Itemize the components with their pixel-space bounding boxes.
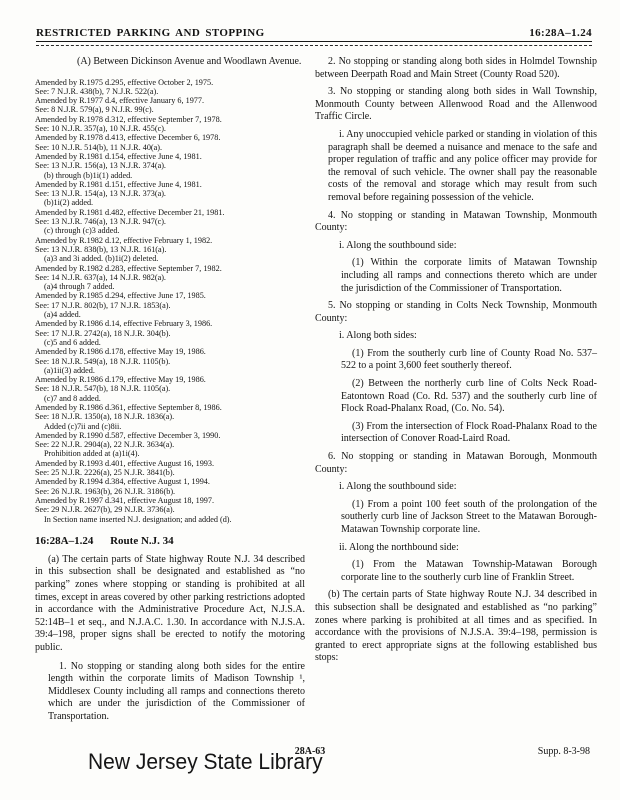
history-line: (a)1ii(3) added.	[35, 366, 305, 375]
history-line: See: 25 N.J.R. 2226(a), 25 N.J.R. 3841(b…	[35, 468, 305, 477]
history-line: In Section name inserted N.J. designatio…	[35, 515, 305, 524]
history-line: See: 8 N.J.R. 579(a), 9 N.J.R. 99(c).	[35, 105, 305, 114]
history-line: (b)1i(2) added.	[35, 198, 305, 207]
history-line: Amended by R.1993 d.401, effective Augus…	[35, 459, 305, 468]
regulation-paragraph: (b) The certain parts of State highway R…	[315, 589, 597, 665]
history-line: Amended by R.1990 d.587, effective Decem…	[35, 431, 305, 440]
regulation-paragraph: ii. Along the northbound side:	[328, 542, 597, 555]
history-line: (c)7 and 8 added.	[35, 394, 305, 403]
history-line: Amended by R.1975 d.295, effective Octob…	[35, 78, 305, 87]
history-line: Amended by R.1981 d.151, effective June …	[35, 180, 305, 189]
history-line: Amended by R.1977 d.4, effective January…	[35, 96, 305, 105]
history-line: (b) through (b)1i(1) added.	[35, 171, 305, 180]
left-column: (A) Between Dickinson Avenue and Woodlaw…	[35, 56, 305, 724]
history-line: (c)5 and 6 added.	[35, 338, 305, 347]
section-number: 16:28A–1.24	[35, 535, 93, 547]
regulation-paragraph: (2) Between the northerly curb line of C…	[341, 378, 597, 416]
history-line: Prohibition added at (a)1i(4).	[35, 449, 305, 458]
regulation-paragraph: i. Along the southbound side:	[328, 481, 597, 494]
history-line: Amended by R.1982 d.283, effective Septe…	[35, 264, 305, 273]
right-column: 2. No stopping or standing along both si…	[315, 56, 597, 724]
history-line: See: 10 N.J.R. 357(a), 10 N.J.R. 455(c).	[35, 124, 305, 133]
running-header: RESTRICTED PARKING AND STOPPING 16:28A–1…	[36, 27, 592, 42]
regulation-paragraph: (1) Within the corporate limits of Mataw…	[341, 257, 597, 295]
history-line: Amended by R.1986 d.14, effective Februa…	[35, 319, 305, 328]
history-line: (c) through (c)3 added.	[35, 226, 305, 235]
paragraph-1: 1. No stopping or standing along both si…	[48, 661, 305, 724]
subparagraph-A: (A) Between Dickinson Avenue and Woodlaw…	[61, 56, 305, 69]
history-line: Amended by R.1986 d.178, effective May 1…	[35, 347, 305, 356]
amendment-history: Amended by R.1975 d.295, effective Octob…	[35, 78, 305, 524]
regulation-paragraph: (1) From the southerly curb line of Coun…	[341, 348, 597, 373]
history-line: Amended by R.1981 d.154, effective June …	[35, 152, 305, 161]
document-page: RESTRICTED PARKING AND STOPPING 16:28A–1…	[0, 0, 620, 800]
history-line: See: 29 N.J.R. 2627(b), 29 N.J.R. 3736(a…	[35, 505, 305, 514]
history-line: (a)4 added.	[35, 310, 305, 319]
header-rule	[36, 45, 592, 46]
paragraph-a: (a) The certain parts of State highway R…	[35, 554, 305, 655]
regulation-paragraph: (3) From the intersection of Flock Road-…	[341, 421, 597, 446]
regulation-paragraph: 2. No stopping or standing along both si…	[315, 56, 597, 81]
running-header-section-number: 16:28A–1.24	[529, 27, 592, 39]
regulation-paragraph: i. Along the southbound side:	[328, 240, 597, 253]
history-line: See: 17 N.J.R. 2742(a), 18 N.J.R. 304(b)…	[35, 329, 305, 338]
section-title: Route N.J. 34	[110, 535, 174, 547]
history-line: Added (c)7ii and (c)8ii.	[35, 422, 305, 431]
history-line: See: 7 N.J.R. 438(b), 7 N.J.R. 522(a).	[35, 87, 305, 96]
regulation-paragraph: 6. No stopping or standing in Matawan Bo…	[315, 451, 597, 476]
history-line: Amended by R.1997 d.341, effective Augus…	[35, 496, 305, 505]
history-line: Amended by R.1981 d.482, effective Decem…	[35, 208, 305, 217]
history-line: See: 13 N.J.R. 838(b), 13 N.J.R. 161(a).	[35, 245, 305, 254]
running-header-title: RESTRICTED PARKING AND STOPPING	[36, 27, 265, 39]
regulation-paragraph: i. Any unoccupied vehicle parked or stan…	[328, 129, 597, 205]
history-line: (a)4 through 7 added.	[35, 282, 305, 291]
supplement-date: Supp. 8-3-98	[538, 746, 590, 757]
history-line: See: 18 N.J.R. 547(b), 18 N.J.R. 1105(a)…	[35, 384, 305, 393]
history-line: See: 22 N.J.R. 2904(a), 22 N.J.R. 3634(a…	[35, 440, 305, 449]
history-line: Amended by R.1985 d.294, effective June …	[35, 291, 305, 300]
history-line: See: 26 N.J.R. 1963(b), 26 N.J.R. 3186(b…	[35, 487, 305, 496]
section-heading: 16:28A–1.24 Route N.J. 34	[35, 535, 305, 547]
history-line: Amended by R.1982 d.12, effective Februa…	[35, 236, 305, 245]
history-line: See: 18 N.J.R. 1350(a), 18 N.J.R. 1836(a…	[35, 412, 305, 421]
regulation-paragraph: 5. No stopping or standing in Colts Neck…	[315, 300, 597, 325]
history-line: See: 17 N.J.R. 802(b), 17 N.J.R. 1853(a)…	[35, 301, 305, 310]
regulation-paragraph: 3. No stopping or standing along both si…	[315, 86, 597, 124]
history-line: Amended by R.1986 d.361, effective Septe…	[35, 403, 305, 412]
history-line: See: 14 N.J.R. 637(a), 14 N.J.R. 982(a).	[35, 273, 305, 282]
history-line: See: 13 N.J.R. 154(a), 13 N.J.R. 373(a).	[35, 189, 305, 198]
history-line: Amended by R.1986 d.179, effective May 1…	[35, 375, 305, 384]
regulation-paragraph: (1) From a point 100 feet south of the p…	[341, 499, 597, 537]
two-column-body: (A) Between Dickinson Avenue and Woodlaw…	[35, 56, 597, 724]
history-line: Amended by R.1978 d.312, effective Septe…	[35, 115, 305, 124]
history-line: Amended by R.1994 d.384, effective Augus…	[35, 477, 305, 486]
history-line: See: 10 N.J.R. 514(b), 11 N.J.R. 40(a).	[35, 143, 305, 152]
regulation-paragraph: 4. No stopping or standing in Matawan To…	[315, 210, 597, 235]
page-number: 28A-63	[0, 746, 620, 757]
history-line: Amended by R.1978 d.413, effective Decem…	[35, 133, 305, 142]
regulation-paragraph: (1) From the Matawan Township-Matawan Bo…	[341, 559, 597, 584]
history-line: (a)3 and 3i added. (b)1i(2) deleted.	[35, 254, 305, 263]
regulation-paragraph: i. Along both sides:	[328, 330, 597, 343]
history-line: See: 13 N.J.R. 746(a), 13 N.J.R. 947(c).	[35, 217, 305, 226]
history-line: See: 13 N.J.R. 156(a), 13 N.J.R. 374(a).	[35, 161, 305, 170]
history-line: See: 18 N.J.R. 549(a), 18 N.J.R. 1105(b)…	[35, 357, 305, 366]
